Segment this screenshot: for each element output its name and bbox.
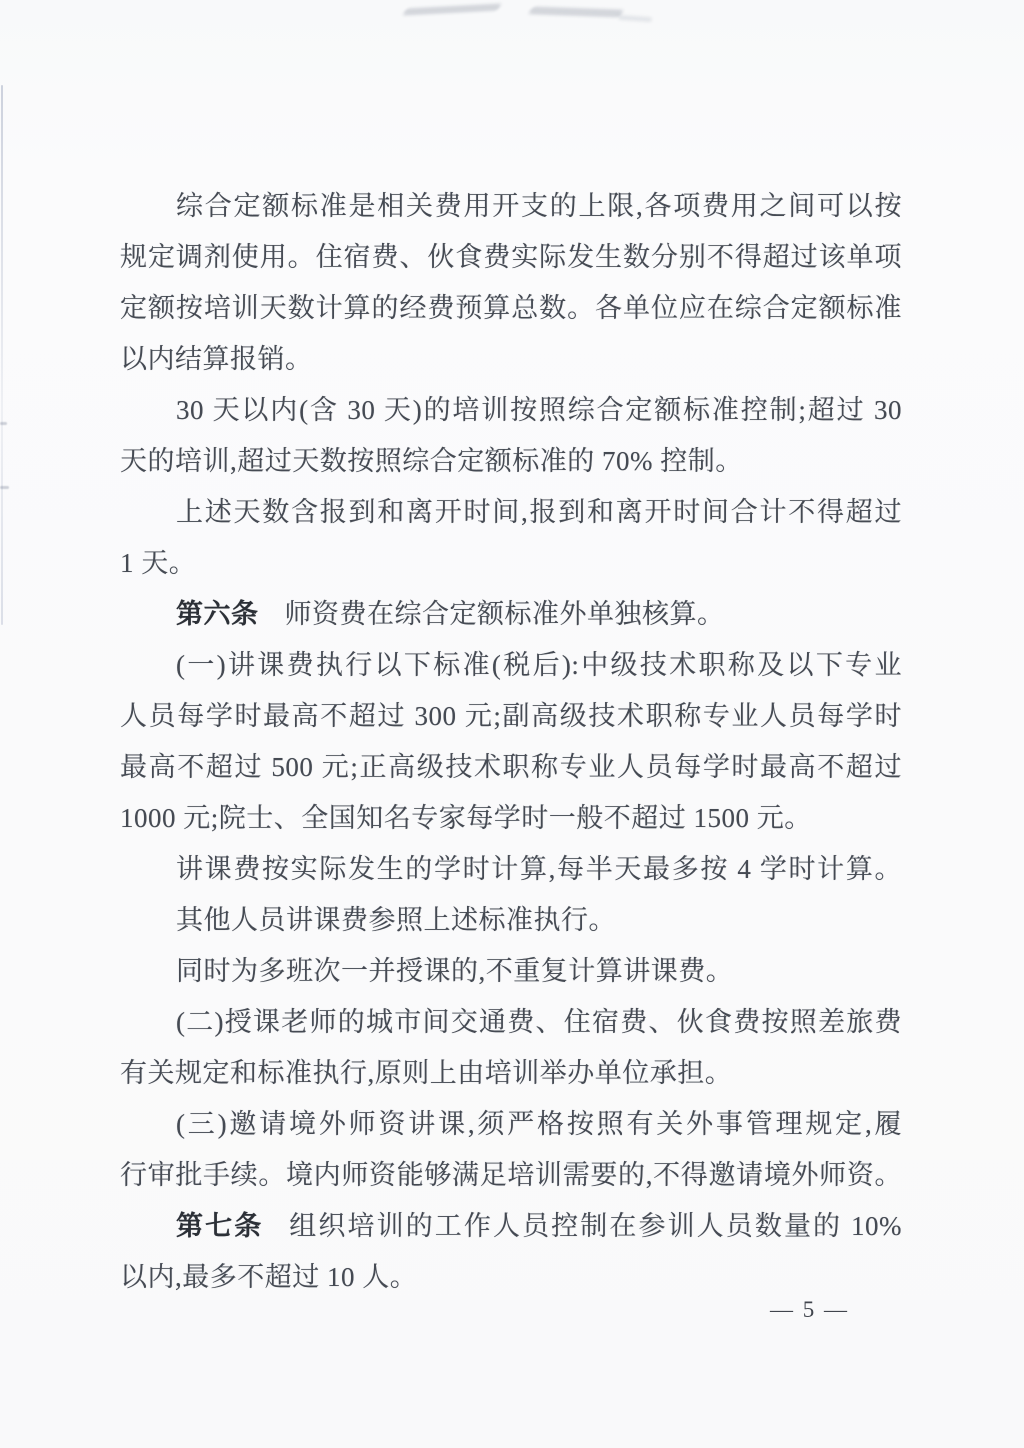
text-line: 其他人员讲课费参照上述标准执行。 <box>120 895 902 946</box>
line-text: 讲课费按实际发生的学时计算,每半天最多按 4 学时计算。 <box>176 854 902 884</box>
text-line: 天的培训,超过天数按照综合定额标准的 70% 控制。 <box>120 436 902 487</box>
text-line: (三)邀请境外师资讲课,须严格按照有关外事管理规定,履 <box>120 1099 902 1150</box>
line-text: 最高不超过 500 元;正高级技术职称专业人员每学时最高不超过 <box>120 752 902 782</box>
text-line: (二)授课老师的城市间交通费、住宿费、伙食费按照差旅费 <box>120 997 902 1048</box>
line-text: 其他人员讲课费参照上述标准执行。 <box>176 905 616 935</box>
line-text: (三)邀请境外师资讲课,须严格按照有关外事管理规定,履 <box>176 1109 902 1139</box>
text-line: 最高不超过 500 元;正高级技术职称专业人员每学时最高不超过 <box>120 742 902 793</box>
line-text: 以内,最多不超过 10 人。 <box>120 1262 417 1292</box>
text-line: 以内结算报销。 <box>120 334 902 385</box>
page-number: — 5 — <box>770 1295 849 1325</box>
text-line: 1 天。 <box>120 538 902 589</box>
line-text: 有关规定和标准执行,原则上由培训举办单位承担。 <box>120 1058 732 1088</box>
line-text: 师资费在综合定额标准外单独核算。 <box>285 599 725 629</box>
line-text: 人员每学时最高不超过 300 元;副高级技术职称专业人员每学时 <box>120 701 902 731</box>
scanned-document-page: { "page": { "number_label": "— 5 —" }, "… <box>0 0 1024 1448</box>
text-line: 30 天以内(含 30 天)的培训按照综合定额标准控制;超过 30 <box>120 385 902 436</box>
text-line: (一)讲课费执行以下标准(税后):中级技术职称及以下专业 <box>120 640 902 691</box>
scan-speck <box>0 422 7 425</box>
document-body: 综合定额标准是相关费用开支的上限,各项费用之间可以按规定调剂使用。住宿费、伙食费… <box>120 181 902 1303</box>
text-line: 1000 元;院士、全国知名专家每学时一般不超过 1500 元。 <box>120 793 902 844</box>
line-text: 同时为多班次一并授课的,不重复计算讲课费。 <box>176 956 733 986</box>
line-text: 定额按培训天数计算的经费预算总数。各单位应在综合定额标准 <box>120 293 902 323</box>
scan-edge-artifact <box>1 85 3 625</box>
text-line: 人员每学时最高不超过 300 元;副高级技术职称专业人员每学时 <box>120 691 902 742</box>
line-text: 规定调剂使用。住宿费、伙食费实际发生数分别不得超过该单项 <box>120 242 902 272</box>
scan-smudge <box>528 6 624 17</box>
scan-smudge <box>618 15 652 22</box>
line-text: (二)授课老师的城市间交通费、住宿费、伙食费按照差旅费 <box>176 1007 902 1037</box>
text-line: 第六条师资费在综合定额标准外单独核算。 <box>120 589 902 640</box>
article-number: 第六条 <box>176 599 259 629</box>
line-text: 1000 元;院士、全国知名专家每学时一般不超过 1500 元。 <box>120 803 812 833</box>
line-text: 天的培训,超过天数按照综合定额标准的 70% 控制。 <box>120 446 743 476</box>
text-line: 讲课费按实际发生的学时计算,每半天最多按 4 学时计算。 <box>120 844 902 895</box>
line-text: 行审批手续。境内师资能够满足培训需要的,不得邀请境外师资。 <box>120 1160 902 1190</box>
text-line: 有关规定和标准执行,原则上由培训举办单位承担。 <box>120 1048 902 1099</box>
text-line: 规定调剂使用。住宿费、伙食费实际发生数分别不得超过该单项 <box>120 232 902 283</box>
line-text: 30 天以内(含 30 天)的培训按照综合定额标准控制;超过 30 <box>176 395 902 425</box>
line-text: 综合定额标准是相关费用开支的上限,各项费用之间可以按 <box>176 191 902 221</box>
text-line: 综合定额标准是相关费用开支的上限,各项费用之间可以按 <box>120 181 902 232</box>
line-text: 以内结算报销。 <box>120 344 313 374</box>
line-text: 1 天。 <box>120 548 196 578</box>
text-line: 同时为多班次一并授课的,不重复计算讲课费。 <box>120 946 902 997</box>
scan-smudge <box>402 3 502 15</box>
text-line: 第七条组织培训的工作人员控制在参训人员数量的 10% <box>120 1201 902 1252</box>
text-line: 行审批手续。境内师资能够满足培训需要的,不得邀请境外师资。 <box>120 1150 902 1201</box>
scan-speck <box>0 486 9 489</box>
line-text: 上述天数含报到和离开时间,报到和离开时间合计不得超过 <box>176 497 902 527</box>
text-line: 上述天数含报到和离开时间,报到和离开时间合计不得超过 <box>120 487 902 538</box>
line-text: 组织培训的工作人员控制在参训人员数量的 10% <box>289 1211 902 1241</box>
article-number: 第七条 <box>176 1211 263 1241</box>
line-text: (一)讲课费执行以下标准(税后):中级技术职称及以下专业 <box>176 650 902 680</box>
text-line: 定额按培训天数计算的经费预算总数。各单位应在综合定额标准 <box>120 283 902 334</box>
